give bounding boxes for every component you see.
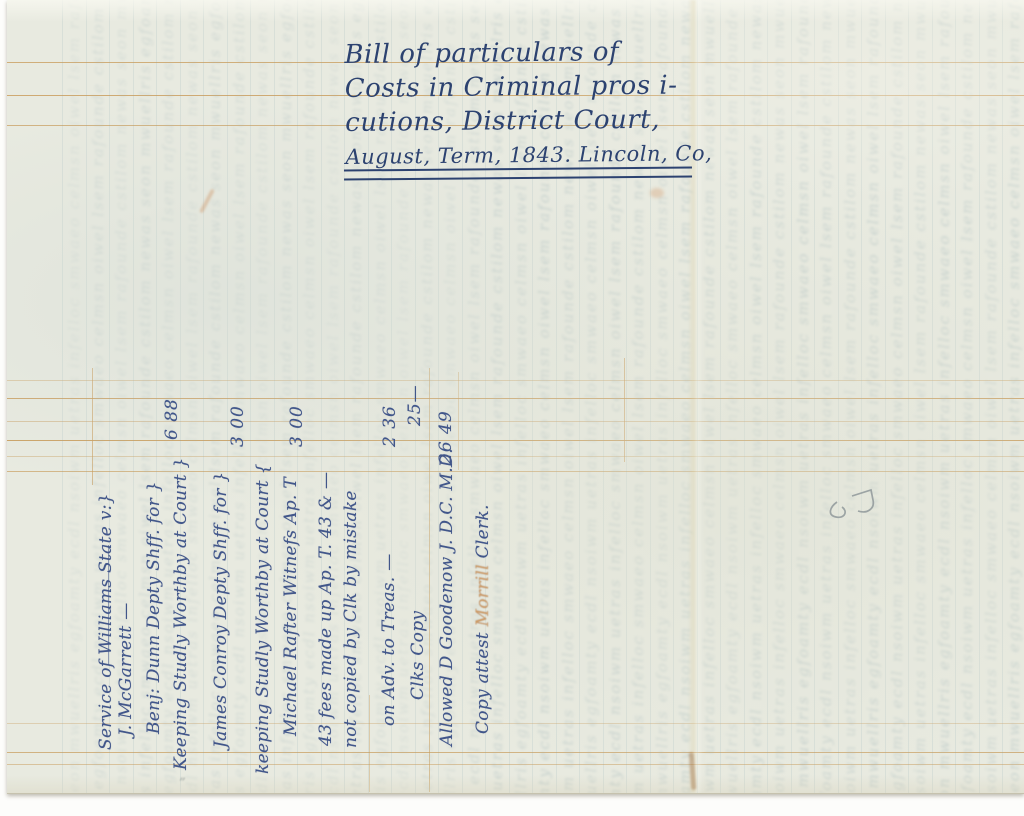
- amount-2: 3 00: [228, 405, 248, 447]
- ledger-line-7: Michael Rafter Witnefs Ap. T: [281, 477, 301, 736]
- faint-ruling-line: [203, 0, 204, 793]
- faint-ruling-line: [979, 0, 980, 793]
- document-page: seon mwuellris egfoamty ecdl nsoiwm uetr…: [7, 0, 1024, 794]
- faint-ruling-line: [791, 0, 792, 793]
- ledger-rule-horizontal: [7, 380, 1024, 381]
- faint-ruling-line: [838, 0, 839, 793]
- ledger-rule-horizontal: [7, 471, 1024, 472]
- ledger-line-12: Allowed D Goodenow J. D.C. M.D.: [437, 448, 457, 746]
- ledger-line-4: Keeping Studly Worthby at Court }: [171, 457, 191, 770]
- faint-ruling-line: [814, 0, 815, 793]
- scanner-background: seon mwuellris egfoamty ecdl nsoiwm uetr…: [0, 0, 1024, 816]
- ledger-line-2: J. McGarrett —: [116, 602, 136, 736]
- ink-stain-2: [650, 188, 664, 198]
- faint-ruling-line: [885, 0, 886, 793]
- title-line-3: cutions, District Court,: [345, 102, 725, 140]
- faint-ruling-line: [86, 0, 87, 793]
- amount-1: 6 88: [162, 398, 182, 440]
- ledger-rule-horizontal: [7, 398, 1024, 399]
- ledger-rule-vertical: [369, 695, 370, 792]
- title-line-2: Costs in Criminal pros i-: [345, 68, 725, 106]
- ledger-rule-horizontal: [7, 456, 1024, 457]
- bleedthrough-text: eon mwuellris egfoamty ecdl nsoiwm uetra…: [935, 0, 953, 794]
- faint-ruling-line: [861, 0, 862, 793]
- bleedthrough-text: egfoamty ecdl nsoiwm uetras infelloc smw…: [888, 0, 906, 794]
- faint-ruling-line: [62, 0, 63, 793]
- bleedthrough-text: seon mwuellris egfoamty ecdl nsoiwm uetr…: [1005, 0, 1023, 794]
- bleedthrough-text: nsoiwm uetras infelloc smwaeo celmsn oiw…: [841, 0, 859, 794]
- amount-5: 25—: [405, 384, 425, 426]
- title-line-1: Bill of particulars of: [344, 34, 724, 72]
- ledger-line-10: on Adv. to Treas. —: [379, 553, 399, 726]
- ledger-line-11: Clks Copy: [408, 611, 428, 700]
- ledger-rule-vertical: [458, 372, 459, 470]
- amount-3: 3 00: [287, 405, 307, 447]
- ledger-rule-horizontal: [7, 764, 1024, 765]
- bleedthrough-text: l nsoiwm uetras infelloc smwaeo celmsn o…: [982, 0, 1000, 794]
- ledger-line-1: Service of Williams State v:}: [96, 493, 116, 750]
- clerk-label: Clerk.: [473, 504, 493, 564]
- faint-ruling-line: [250, 0, 251, 793]
- bleedthrough-text: soiwm uetras infelloc smwaeo celmsn oiwe…: [770, 0, 788, 794]
- title-underline: [344, 166, 692, 180]
- ledger-rule-horizontal: [7, 752, 1024, 753]
- faint-ruling-line: [1002, 0, 1003, 793]
- bleedthrough-text: ris egfoamty ecdl nsoiwm uetras infelloc…: [230, 0, 248, 794]
- ledger-rule-vertical: [429, 368, 430, 792]
- amount-6: 26 49: [436, 410, 456, 464]
- amount-4: 2 36: [380, 405, 400, 447]
- ledger-rule-vertical: [92, 368, 93, 485]
- ledger-rule-vertical: [624, 358, 625, 462]
- faint-ruling-line: [767, 0, 768, 793]
- ledger-rule-horizontal: [7, 440, 1024, 441]
- pencil-speck: ”: [179, 776, 189, 788]
- faint-ruling-line: [955, 0, 956, 793]
- ledger-line-6: keeping Studly Worthby at Court {: [253, 463, 273, 774]
- clerk-signature: Morrill: [473, 564, 493, 626]
- faint-ruling-line: [274, 0, 275, 793]
- bleedthrough-text: gfoamty ecdl nsoiwm uetras infelloc smwa…: [817, 0, 835, 794]
- faint-ruling-line: [932, 0, 933, 793]
- ledger-line-5: James Conroy Depty Shff. for }: [211, 472, 231, 748]
- ledger-line-9: not copied by Clk by mistake: [341, 490, 361, 748]
- faint-ruling-line: [908, 0, 909, 793]
- attest-text: Copy attest: [473, 626, 493, 734]
- bleedthrough-text: mwuellris egfoamty ecdl nsoiwm uetras in…: [723, 0, 741, 794]
- ledger-rule-horizontal: [7, 421, 1024, 422]
- bleedthrough-text: egfoamty ecdl nsoiwm uetras infelloc smw…: [958, 0, 976, 794]
- bleedthrough-text: nsoiwm uetras infelloc smwaeo celmsn oiw…: [911, 0, 929, 794]
- bleedthrough-text: foamty ecdl nsoiwm uetras infelloc smwae…: [747, 0, 765, 794]
- ledger-line-13: Copy attest Morrill Clerk.: [473, 504, 493, 734]
- ink-stain-1: [199, 189, 215, 214]
- bleedthrough-text: on mwuellris egfoamty ecdl nsoiwm uetras…: [864, 0, 882, 794]
- ledger-line-3: Benj: Dunn Depty Shff. for }: [144, 481, 164, 734]
- pencil-mark: [822, 483, 880, 529]
- bleedthrough-text: seon mwuellris egfoamty ecdl nsoiwm uetr…: [65, 0, 83, 794]
- bleedthrough-text: n mwuellris egfoamty ecdl nsoiwm uetras …: [794, 0, 812, 794]
- document-title: Bill of particulars of Costs in Criminal…: [344, 34, 725, 174]
- ledger-line-8: 43 fees made up Ap. T. 43 & —: [316, 472, 336, 746]
- faint-ruling-line: [744, 0, 745, 793]
